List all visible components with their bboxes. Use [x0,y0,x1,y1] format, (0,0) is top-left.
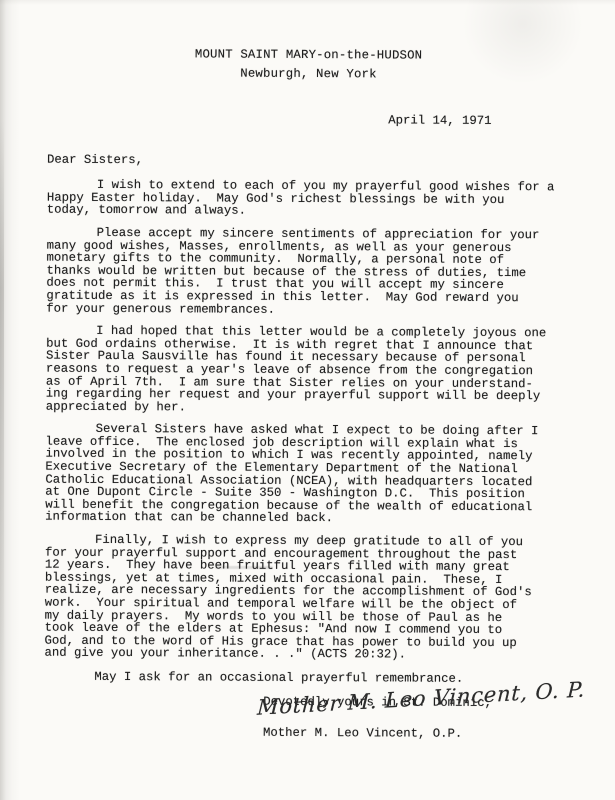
scan-smudge [215,566,273,569]
letter-page: MOUNT SAINT MARY-on-the-HUDSON Newburgh,… [0,0,615,800]
paragraph-5: Finally, I wish to express my deep grati… [44,534,614,663]
paragraph-1: I wish to extend to each of you my praye… [47,179,615,220]
closing-block: Devotedly yours in St. Dominic, Mother M… [263,695,613,741]
paragraph-4: Several Sisters have asked what I expect… [45,423,615,527]
paragraph-3: I had hoped that this letter would be a … [46,325,615,416]
paragraph-2: Please accept my sincere sentiments of a… [46,227,615,318]
letterhead: MOUNT SAINT MARY-on-the-HUDSON Newburgh,… [47,45,569,86]
salutation: Dear Sisters, [47,153,615,169]
typed-signature: Mother M. Leo Vincent, O.P. [263,727,613,741]
letterhead-line2: Newburgh, New York [47,64,569,86]
letter-content: MOUNT SAINT MARY-on-the-HUDSON Newburgh,… [0,0,615,800]
date-line: April 14, 1971 [388,114,615,128]
